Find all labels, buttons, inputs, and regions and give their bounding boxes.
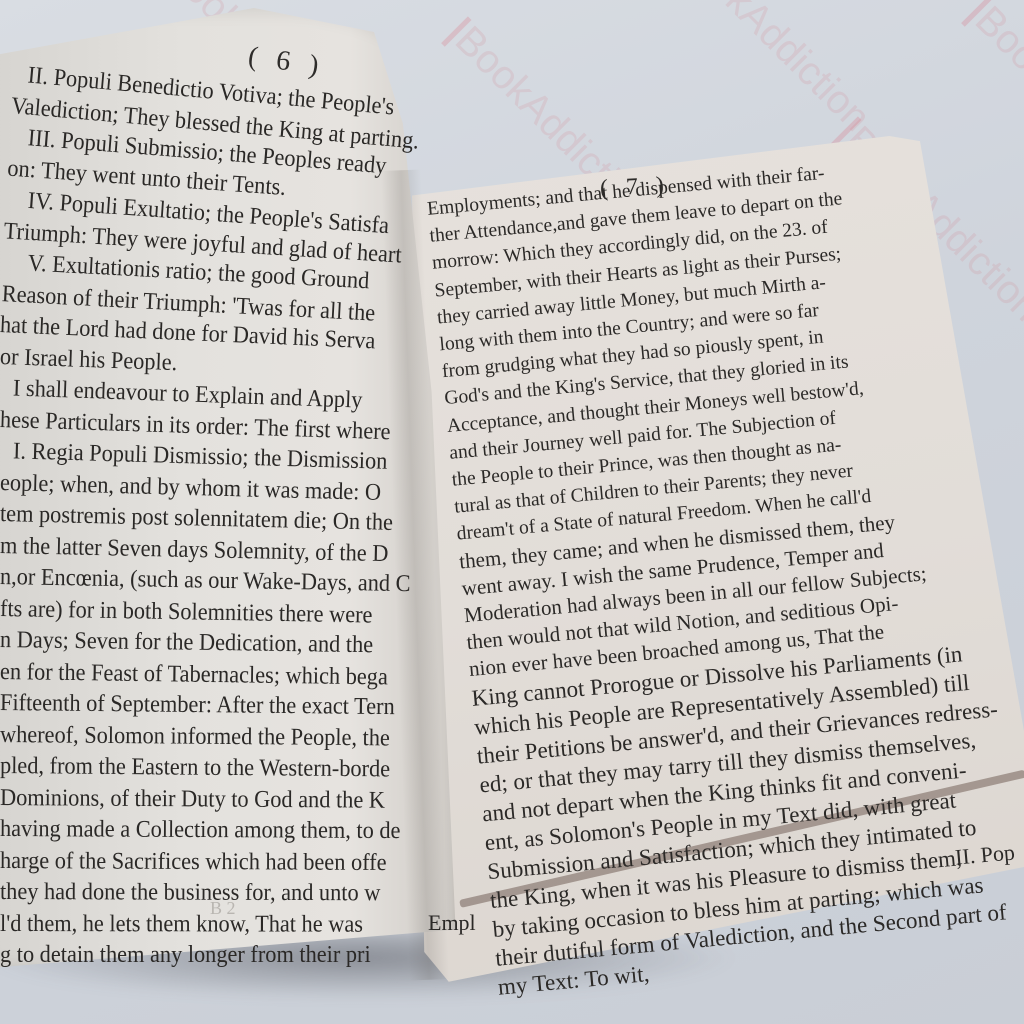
text-line: pled, from the Eastern to the Western-bo… [0, 751, 428, 786]
catchword-right: II. Pop [954, 839, 1016, 870]
text-line: Dominions, of their Duty to God and the … [0, 783, 428, 817]
catchword-left: Empl [428, 910, 476, 936]
text-line: g to detain them any longer from their p… [0, 940, 428, 972]
left-page-text: II. Populi Benedictio Votiva; the People… [0, 58, 460, 972]
text-line: harge of the Sacrifices which had been o… [0, 846, 428, 880]
right-page-text: Employments; and that he dispensed with … [426, 142, 1024, 1002]
watermark: |BookAddiction [658, 0, 879, 141]
text-line: n Days; Seven for the Dedication, and th… [0, 625, 428, 662]
text-line: whereof, Solomon informed the People, th… [0, 720, 428, 755]
text-line: Fifteenth of September: After the exact … [0, 688, 428, 724]
text-line: having made a Collection among them, to … [0, 814, 428, 848]
signature-mark: B 2 [210, 898, 236, 919]
book-photo: |BookAddiction |BookAddiction |BookAddic… [0, 0, 1024, 1024]
